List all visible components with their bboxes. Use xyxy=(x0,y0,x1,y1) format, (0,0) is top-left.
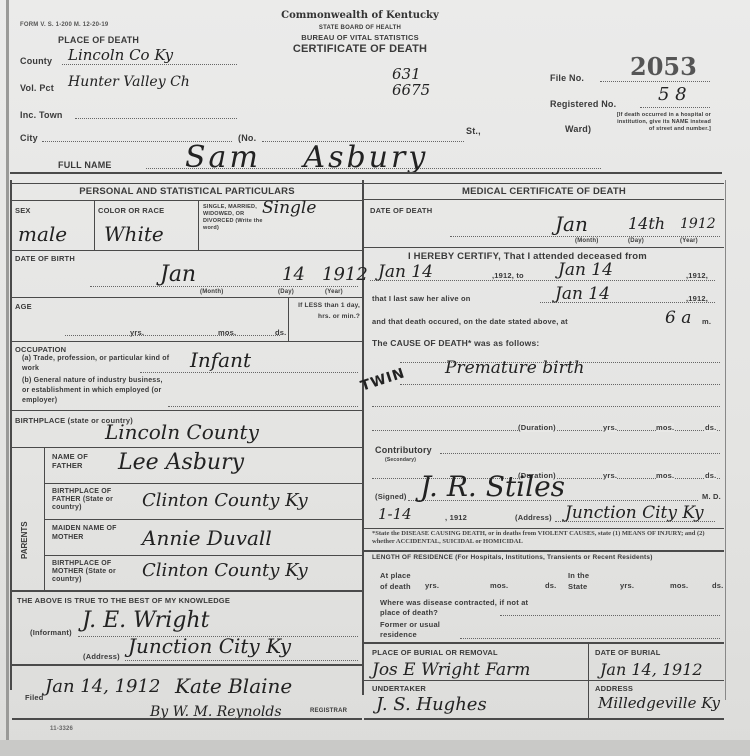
registered-number-dots xyxy=(640,107,710,108)
occupation-label: OCCUPATION xyxy=(15,345,66,354)
signed-label: (Signed) xyxy=(375,492,407,501)
rule xyxy=(44,555,362,556)
age-mos: mos. xyxy=(218,328,236,337)
at-place-yrs: yrs. xyxy=(425,581,439,590)
medical-section-title: MEDICAL CERTIFICATE OF DEATH xyxy=(364,186,724,197)
residence-label: LENGTH OF RESIDENCE (For Hospitals, Inst… xyxy=(372,554,722,562)
dod-day-caption: (Day) xyxy=(628,238,644,244)
rule xyxy=(364,247,724,248)
dob-day-caption: (Day) xyxy=(278,289,294,295)
file-number-value[interactable]: 2053 xyxy=(630,52,697,81)
sex-value[interactable]: male xyxy=(18,222,67,246)
burial-place-label: PLACE OF BURIAL OR REMOVAL xyxy=(372,648,498,657)
occupation-a-dots xyxy=(140,372,358,373)
dob-year-caption: (Year) xyxy=(325,289,343,295)
dod-year[interactable]: 1912 xyxy=(680,216,716,232)
county-label: County xyxy=(20,56,52,66)
registrar-label: REGISTRAR xyxy=(310,708,347,714)
duration-ds: ds. xyxy=(705,423,716,432)
signed-year: , 1912 xyxy=(445,513,467,522)
twin-stamp: TWIN xyxy=(359,365,408,394)
stamp-number-2: 6675 xyxy=(392,82,430,98)
in-state-label: In the State xyxy=(568,570,608,592)
left-edge xyxy=(6,0,9,756)
burial-date-value[interactable]: Jan 14, 1912 xyxy=(600,660,703,679)
vol-pct-label: Vol. Pct xyxy=(20,83,54,93)
certificate-title: CERTIFICATE OF DEATH xyxy=(255,43,465,55)
father-birthplace-value[interactable]: Clinton County Ky xyxy=(142,490,308,511)
attended-to-year: ,1912, xyxy=(686,271,708,280)
occupation-b-dots xyxy=(168,406,358,407)
page-bottom-edge xyxy=(0,740,750,756)
burial-date-label: DATE OF BURIAL xyxy=(595,648,661,657)
age-ds: ds. xyxy=(275,328,286,337)
rule xyxy=(94,200,95,250)
hospital-note: [If death occurred in a hospital or inst… xyxy=(616,112,711,133)
race-label: COLOR OR RACE xyxy=(98,206,164,215)
at-place-ds: ds. xyxy=(545,581,556,590)
undertaker-label: UNDERTAKER xyxy=(372,684,426,693)
last-saw-year: ,1912, xyxy=(686,294,708,303)
bureau-title: BUREAU OF VITAL STATISTICS xyxy=(255,33,465,42)
registered-number-label: Registered No. xyxy=(550,99,616,109)
footnote: *State the DISEASE CAUSING DEATH, or in … xyxy=(372,530,722,546)
left-section-top xyxy=(12,183,362,184)
vol-pct-value[interactable]: Hunter Valley Ch xyxy=(68,74,190,90)
undertaker-value[interactable]: J. S. Hughes xyxy=(376,694,487,715)
informant-address-dots xyxy=(125,660,358,661)
burial-address-value[interactable]: Milledgeville Ky xyxy=(598,694,720,712)
signed-value[interactable]: J. R. Stiles xyxy=(420,470,565,503)
contributory-ds: ds. xyxy=(705,471,716,480)
age-yrs: yrs. xyxy=(130,328,144,337)
cause-label: The CAUSE OF DEATH* was as follows: xyxy=(372,338,539,348)
race-value[interactable]: White xyxy=(104,222,164,246)
mother-birthplace-value[interactable]: Clinton County Ky xyxy=(142,560,308,581)
death-occured-text: and that death occured, on the date stat… xyxy=(372,317,568,326)
dob-label: DATE OF BIRTH xyxy=(15,254,75,263)
occupation-b-label: (b) General nature of industry business,… xyxy=(22,376,172,406)
rule xyxy=(364,680,724,681)
file-number-dots xyxy=(600,81,710,82)
rule xyxy=(12,590,362,592)
in-state-ds: ds. xyxy=(712,581,723,590)
attended-to[interactable]: Jan 14 xyxy=(558,260,613,280)
duration-mos: mos. xyxy=(656,423,674,432)
in-state-yrs: yrs. xyxy=(620,581,634,590)
duration-yrs: yrs. xyxy=(603,423,617,432)
rule xyxy=(588,644,589,720)
rule xyxy=(12,664,362,666)
cause-value[interactable]: Premature birth xyxy=(445,358,584,378)
burial-place-value[interactable]: Jos E Wright Farm xyxy=(372,660,530,680)
county-dots xyxy=(62,64,237,65)
former-residence-label: Former or usual residence xyxy=(380,620,460,640)
right-border xyxy=(725,180,726,700)
at-place-label: At place of death xyxy=(380,570,420,592)
footer-code: 11-3326 xyxy=(50,726,73,732)
contributory-mos: mos. xyxy=(656,471,674,480)
at-place-mos: mos. xyxy=(490,581,508,590)
death-certificate: FORM V. S. 1-200 M. 12-20-19 Commonwealt… xyxy=(0,0,750,756)
registered-number-value[interactable]: 5 8 xyxy=(658,84,687,105)
cause-dots-2 xyxy=(400,384,720,385)
rule xyxy=(198,200,199,250)
duration-label: (Duration) xyxy=(518,423,556,432)
attended-from-year: ,1912, to xyxy=(492,271,524,280)
form-number: FORM V. S. 1-200 M. 12-20-19 xyxy=(20,22,108,28)
attended-from[interactable]: Jan 14 xyxy=(378,262,433,282)
father-name-value[interactable]: Lee Asbury xyxy=(118,450,244,475)
stamp-numbers: 631 6675 xyxy=(392,66,430,98)
full-name-label: FULL NAME xyxy=(58,160,112,170)
center-divider xyxy=(362,180,364,695)
rule xyxy=(44,483,362,484)
informant-address-value[interactable]: Junction City Ky xyxy=(128,634,291,658)
cause-dots-3 xyxy=(372,406,720,407)
occupation-value[interactable]: Infant xyxy=(190,348,251,372)
rule xyxy=(12,250,362,251)
rule xyxy=(12,410,362,411)
medical-address-value[interactable]: Junction City Ky xyxy=(565,503,704,523)
dob-dots xyxy=(90,286,358,287)
contributory-dots xyxy=(440,453,720,454)
md-label: M. D. xyxy=(702,492,721,501)
dod-month-caption: (Month) xyxy=(575,238,598,244)
mother-birthplace-label: BIRTHPLACE OF MOTHER (State or country) xyxy=(52,560,142,584)
filed-value[interactable]: Jan 14, 1912 xyxy=(45,676,160,697)
birthplace-value[interactable]: Lincoln County xyxy=(105,420,259,444)
medical-address-label: (Address) xyxy=(515,513,552,522)
personal-section-title: PERSONAL AND STATISTICAL PARTICULARS xyxy=(12,186,362,197)
marital-label: SINGLE, MARRIED, WIDOWED, OR DIVORCED (W… xyxy=(203,204,268,232)
marital-value[interactable]: Single xyxy=(262,198,316,218)
rule xyxy=(12,341,362,342)
rule xyxy=(12,447,362,448)
dod-dots xyxy=(450,236,720,237)
rule xyxy=(44,519,362,520)
right-section-top xyxy=(364,183,724,184)
dod-day[interactable]: 14th xyxy=(628,214,665,233)
dob-month[interactable]: Jan xyxy=(160,262,196,287)
rule xyxy=(288,297,289,341)
informant-value[interactable]: J. E. Wright xyxy=(82,608,209,633)
last-saw-text: that I last saw her alive on xyxy=(372,294,471,303)
parents-label: PARENTS xyxy=(20,495,34,585)
file-number-label: File No. xyxy=(550,73,584,83)
father-birthplace-label: BIRTHPLACE OF FATHER (State or country) xyxy=(52,488,142,512)
less-than-label: If LESS than 1 day, hrs. or min.? xyxy=(294,300,360,322)
rule xyxy=(12,297,362,298)
top-rule xyxy=(10,172,722,174)
death-time[interactable]: 6 a xyxy=(665,308,691,328)
rule xyxy=(12,718,362,720)
filed-label: Filed xyxy=(25,693,44,702)
rule xyxy=(364,718,724,720)
dob-day[interactable]: 14 xyxy=(282,264,305,285)
rule xyxy=(364,642,724,644)
dod-label: DATE OF DEATH xyxy=(370,206,432,215)
informant-statement: THE ABOVE IS TRUE TO THE BEST OF MY KNOW… xyxy=(17,596,230,605)
dod-month[interactable]: Jan xyxy=(555,212,588,236)
sex-label: SEX xyxy=(15,206,31,215)
informant-address-label: (Address) xyxy=(83,652,120,661)
city-label: City xyxy=(20,133,38,143)
contributory-label: Contributory xyxy=(375,445,432,455)
st-label: St., xyxy=(466,126,481,136)
burial-address-label: ADDRESS xyxy=(595,684,633,693)
ward-label: Ward) xyxy=(565,124,591,134)
rule xyxy=(364,550,724,552)
former-residence-dots xyxy=(460,638,720,639)
occupation-a-label: (a) Trade, profession, or particular kin… xyxy=(22,354,172,374)
mother-name-value[interactable]: Annie Duvall xyxy=(142,526,272,550)
place-of-death-label: PLACE OF DEATH xyxy=(58,35,139,45)
mother-name-label: MAIDEN NAME OF MOTHER xyxy=(52,524,137,542)
commonwealth-title: Commonwealth of Kentucky xyxy=(255,10,465,21)
last-saw-value[interactable]: Jan 14 xyxy=(555,284,610,304)
rule xyxy=(364,528,724,529)
board-title: STATE BOARD OF HEALTH xyxy=(255,25,465,31)
contributory-yrs: yrs. xyxy=(603,471,617,480)
left-border xyxy=(10,180,12,690)
header: Commonwealth of Kentucky STATE BOARD OF … xyxy=(255,10,465,55)
stamp-number-1: 631 xyxy=(392,66,430,82)
county-value[interactable]: Lincoln Co Ky xyxy=(68,46,173,64)
contributory-sub: (Secondary) xyxy=(385,457,416,463)
dob-month-caption: (Month) xyxy=(200,289,223,295)
signed-date[interactable]: 1-14 xyxy=(378,505,412,523)
age-label: AGE xyxy=(15,302,32,311)
informant-label: (Informant) xyxy=(30,628,72,637)
registrar-name[interactable]: Kate Blaine xyxy=(175,674,292,698)
in-state-mos: mos. xyxy=(670,581,688,590)
inc-town-dots xyxy=(75,118,237,119)
death-time-suffix: m. xyxy=(702,317,711,326)
inc-town-label: Inc. Town xyxy=(20,110,63,120)
dob-year[interactable]: 1912 xyxy=(322,264,368,285)
full-name-value[interactable]: Sam Asbury xyxy=(185,140,428,175)
dod-year-caption: (Year) xyxy=(680,238,698,244)
where-contracted-dots xyxy=(500,615,720,616)
age-dots xyxy=(65,335,280,336)
father-name-label: NAME OF FATHER xyxy=(52,452,112,470)
rule xyxy=(364,199,724,200)
